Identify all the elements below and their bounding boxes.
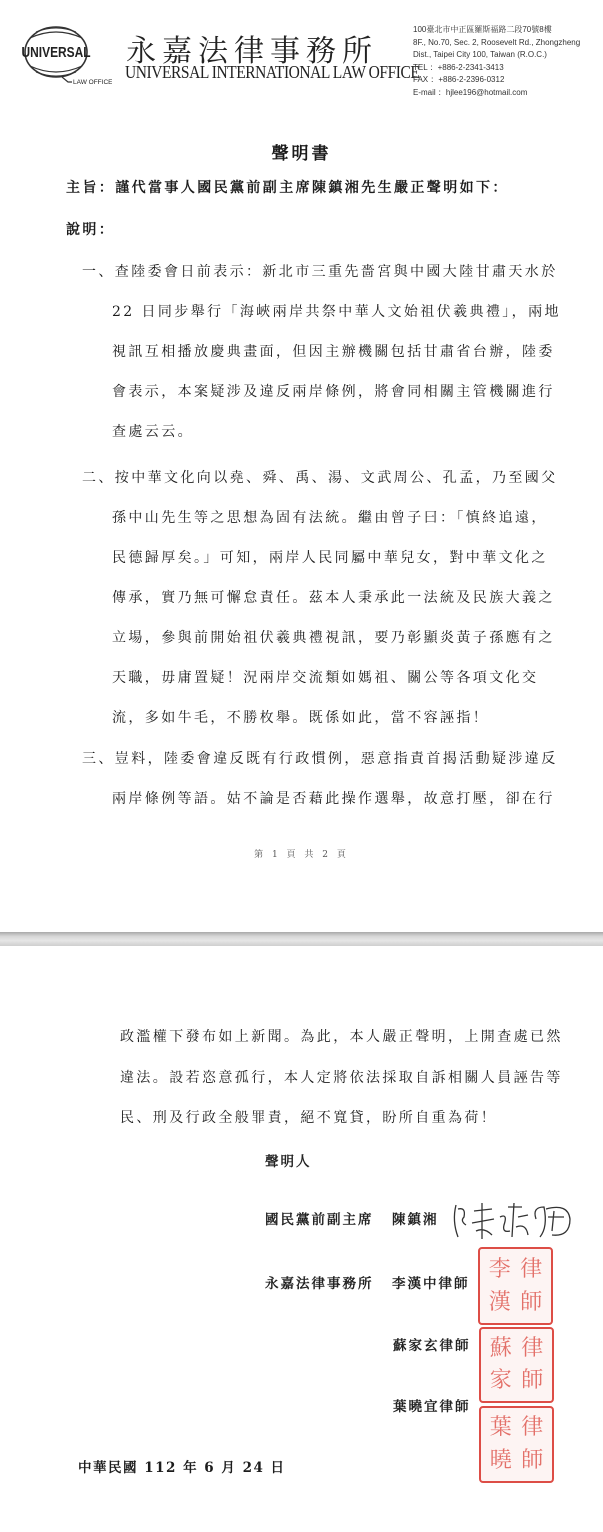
paragraph-line: 查處云云。 bbox=[112, 421, 194, 441]
paragraph-line: 會表示，本案疑涉及違反兩岸條例，將會同相關主管機關進行 bbox=[112, 381, 555, 401]
page-separator bbox=[0, 932, 603, 946]
signatory-name: 葉曉宜律師 bbox=[393, 1395, 471, 1415]
paragraph-line: 民德歸厚矣。」可知，兩岸人民同屬中華兒女，對中華文化之 bbox=[112, 547, 548, 567]
paragraph-line: 民、刑及行政全般罪責，絕不寬貸，盼所自重為荷！ bbox=[120, 1107, 497, 1127]
document-date: 中華民國 112 年 6 月 24 日 bbox=[78, 1456, 286, 1476]
paragraph-line: 天職，毋庸置疑！況兩岸交流類如媽祖、關公等各項文化交 bbox=[112, 667, 538, 687]
declarant-label: 聲明人 bbox=[265, 1150, 312, 1170]
paragraph-line: 一、查陸委會日前表示：新北市三重先嗇宮與中國大陸甘肅天水於 bbox=[82, 261, 558, 281]
document-title: 聲明書 bbox=[0, 139, 603, 164]
paragraph-line: 三、豈料，陸委會違反既有行政慣例，惡意指責首揭活動疑涉違反 bbox=[82, 748, 558, 768]
handwritten-signature-icon bbox=[448, 1197, 578, 1245]
signatory-title: 國民黨前副主席 bbox=[265, 1208, 374, 1228]
paragraph-line: 視訊互相播放慶典畫面，但因主辦機關包括甘肅省台辦，陸委 bbox=[112, 341, 555, 361]
paragraph-line: 立場，參與前開始祖伏羲典禮視訊，要乃彰顯炎黃子孫應有之 bbox=[112, 627, 555, 647]
seal-stamp-ye: 葉 律 曉 師 bbox=[479, 1406, 554, 1483]
explanation-label: 說明： bbox=[66, 219, 115, 239]
document-page-1: UNIVERSAL LAW OFFICE 永嘉法律事務所 UNIVERSAL I… bbox=[0, 0, 603, 932]
paragraph-line: 22 日同步舉行「海峽兩岸共祭中華人文始祖伏羲典禮」，兩地 bbox=[112, 301, 561, 321]
paragraph-line: 孫中山先生等之思想為固有法統。繼由曾子曰：「慎終追遠， bbox=[112, 507, 548, 527]
seal-stamp-su: 蘇 律 家 師 bbox=[479, 1327, 554, 1403]
paragraph-line: 兩岸條例等語。姑不論是否藉此操作選舉，故意打壓，卻在行 bbox=[112, 788, 555, 808]
email-line: E-mail ：hjlee196@hotmail.com bbox=[413, 87, 580, 100]
signatory-title: 永嘉法律事務所 bbox=[265, 1272, 374, 1292]
universal-logo-icon: UNIVERSAL LAW OFFICE bbox=[22, 22, 112, 86]
paragraph-line: 流，多如牛毛，不勝枚舉。既係如此，當不容誣指！ bbox=[112, 707, 489, 727]
paragraph-line: 違法。設若恣意孤行，本人定將依法採取自訴相關人員誣告等 bbox=[120, 1067, 563, 1087]
paragraph-line: 二、按中華文化向以堯、舜、禹、湯、文武周公、孔孟，乃至國父 bbox=[82, 467, 558, 487]
subject-line: 主旨：謹代當事人國民黨前副主席陳鎮湘先生嚴正聲明如下： bbox=[66, 177, 509, 197]
paragraph-line: 政濫權下發布如上新聞。為此，本人嚴正聲明，上開查處已然 bbox=[120, 1026, 563, 1046]
signatory-name: 蘇家玄律師 bbox=[393, 1334, 471, 1354]
address-line: 8F., No.70, Sec. 2, Roosevelt Rd., Zhong… bbox=[413, 37, 580, 50]
address-line: Dist., Taipei City 100, Taiwan (R.O.C.) bbox=[413, 49, 580, 62]
signatory-name: 陳鎮湘 bbox=[392, 1208, 439, 1228]
fax-line: FAX ：+886-2-2396-0312 bbox=[413, 74, 580, 87]
address-line: 100臺北市中正區羅斯福路二段70號8樓 bbox=[413, 24, 580, 37]
page-number-footer: 第 1 頁 共 2 頁 bbox=[0, 847, 603, 860]
signatory-name: 李漢中律師 bbox=[392, 1272, 470, 1292]
firm-name-english: UNIVERSAL INTERNATIONAL LAW OFFICE bbox=[125, 62, 419, 83]
svg-text:UNIVERSAL: UNIVERSAL bbox=[22, 44, 91, 60]
svg-text:LAW OFFICE: LAW OFFICE bbox=[73, 79, 112, 86]
seal-stamp-li: 李 律 漢 師 bbox=[478, 1247, 553, 1325]
firm-address-block: 100臺北市中正區羅斯福路二段70號8樓 8F., No.70, Sec. 2,… bbox=[413, 24, 580, 100]
paragraph-line: 傳承，實乃無可懈怠責任。茲本人秉承此一法統及民族大義之 bbox=[112, 587, 555, 607]
phone-line: TEL ：+886-2-2341-3413 bbox=[413, 62, 580, 75]
